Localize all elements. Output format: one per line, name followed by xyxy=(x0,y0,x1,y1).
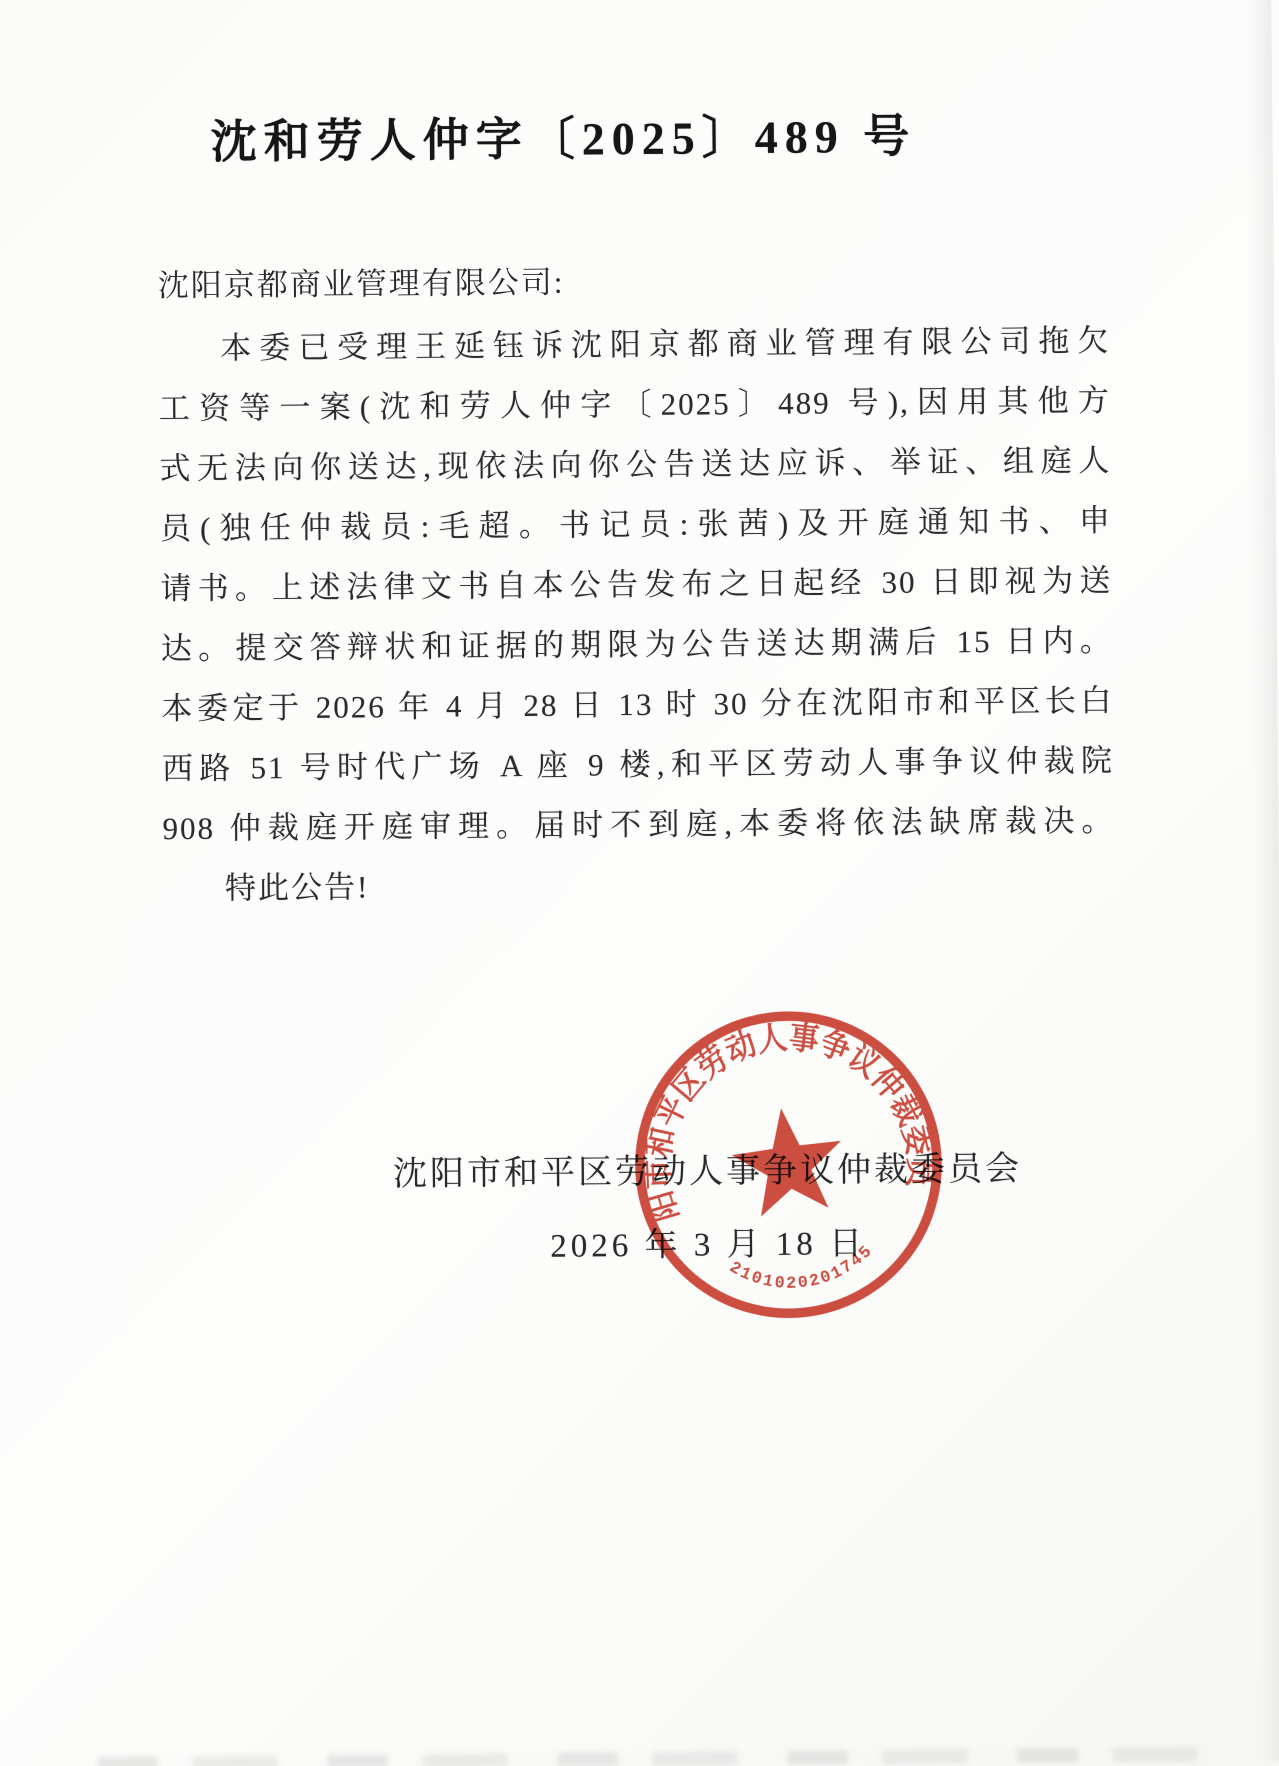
body-line: 员(独任仲裁员:毛超。书记员:张茜)及开庭通知书、申 xyxy=(160,491,1112,559)
closing-statement: 特此公告! xyxy=(163,851,1115,919)
scanned-notice-page: 沈和劳人仲字〔2025〕489 号 沈阳京都商业管理有限公司: 本委已受理王延钰… xyxy=(0,0,1279,1766)
letter-body: 沈阳京都商业管理有限公司: 本委已受理王延钰诉沈阳京都商业管理有限公司拖欠 工资… xyxy=(158,248,1116,919)
document-title: 沈和劳人仲字〔2025〕489 号 xyxy=(0,98,1134,174)
scan-edge-shadow xyxy=(1245,0,1279,1761)
seal-star-icon xyxy=(726,1101,849,1219)
official-red-seal: 沈阳市和平区劳动人事争议仲裁委员会 2101020201745 xyxy=(611,987,966,1342)
scan-artifact-smudge xyxy=(98,1747,1198,1766)
body-line: 工资等一案(沈和劳人仲字〔2025〕489 号),因用其他方 xyxy=(159,371,1111,439)
body-line: 式无法向你送达,现依法向你公告送达应诉、举证、组庭人 xyxy=(159,431,1111,499)
body-line: 请书。上述法律文书自本公告发布之日起经 30 日即视为送 xyxy=(160,551,1112,619)
body-line: 西路 51 号时代广场 A 座 9 楼,和平区劳动人事争议仲裁院 xyxy=(162,731,1114,799)
body-line: 本委定于 2026 年 4 月 28 日 13 时 30 分在沈阳市和平区长白 xyxy=(161,671,1113,739)
body-line: 本委已受理王延钰诉沈阳京都商业管理有限公司拖欠 xyxy=(158,311,1110,379)
body-line: 达。提交答辩状和证据的期限为公告送达期满后 15 日内。 xyxy=(161,611,1113,679)
body-line: 908 仲裁庭开庭审理。届时不到庭,本委将依法缺席裁决。 xyxy=(162,791,1114,859)
addressee-line: 沈阳京都商业管理有限公司: xyxy=(158,248,1110,316)
